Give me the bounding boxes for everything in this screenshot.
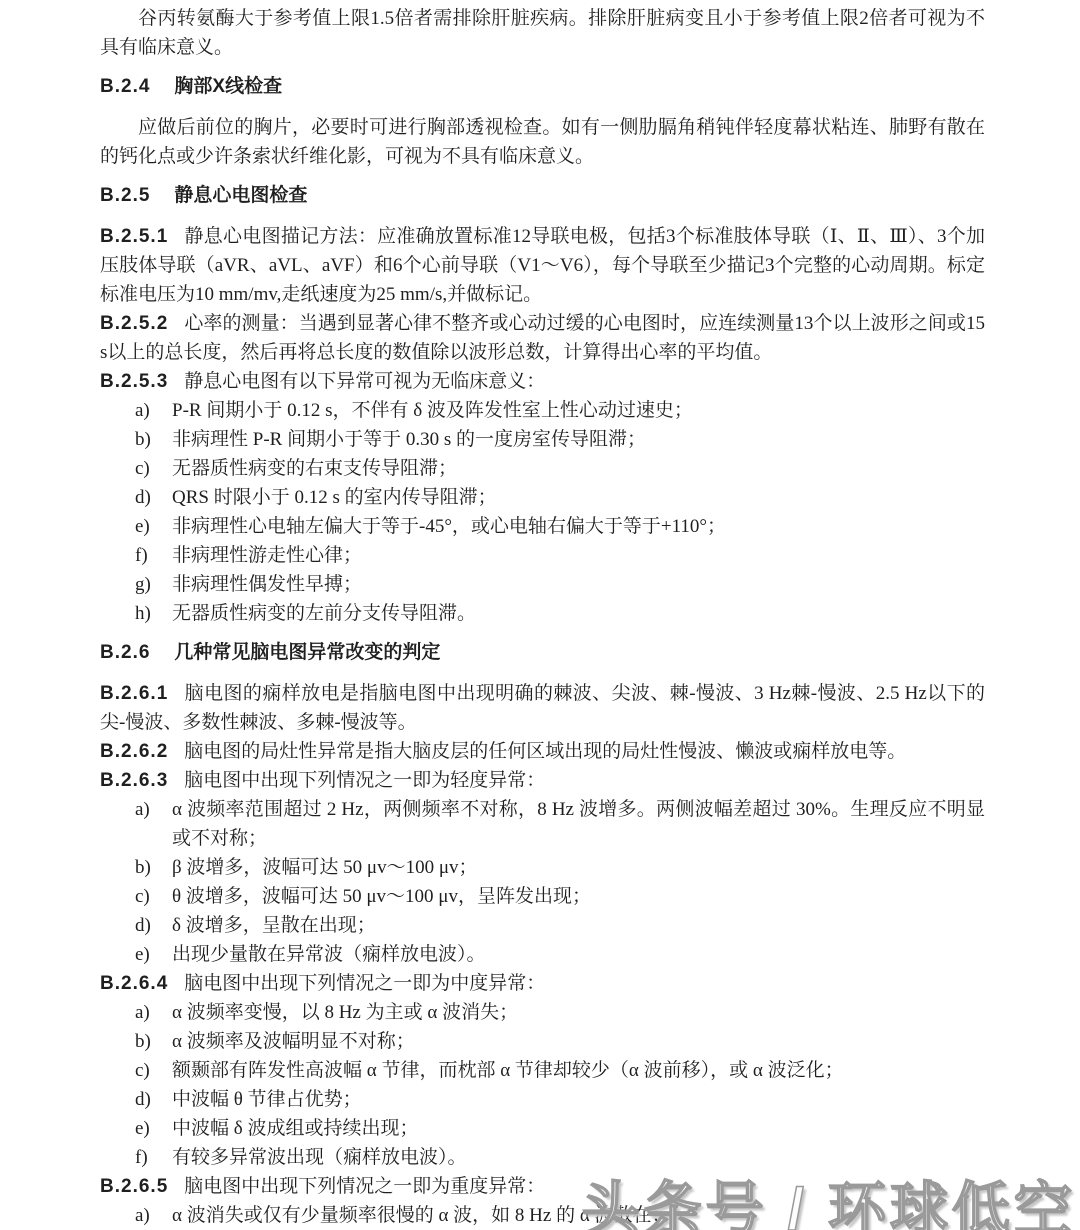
list-item-label: a) <box>135 1201 150 1230</box>
document-page: 谷丙转氨酶大于参考值上限1.5倍者需排除肝脏疾病。排除肝脏病变且小于参考值上限2… <box>0 0 1080 1230</box>
list-item-text: QRS 时限小于 0.12 s 的室内传导阻滞； <box>172 487 497 508</box>
list-item: a)α 波消失或仅有少量频率很慢的 α 波，如 8 Hz 的 α 波散在； <box>100 1201 985 1230</box>
list-item: a)P-R 间期小于 0.12 s，不伴有 δ 波及阵发性室上性心动过速史； <box>100 396 985 425</box>
section-number: B.2.4 <box>100 76 150 97</box>
list-item: c)额颞部有阵发性高波幅 α 节律，而枕部 α 节律却较少（α 波前移），或 α… <box>100 1056 985 1085</box>
list-item: e)非病理性心电轴左偏大于等于-45°，或心电轴右偏大于等于+110°； <box>100 512 985 541</box>
list-item-label: e) <box>135 512 150 541</box>
list-item-label: g) <box>135 570 151 599</box>
list-item: a)α 波频率范围超过 2 Hz，两侧频率不对称，8 Hz 波增多。两侧波幅差超… <box>100 795 985 853</box>
list-item-text: 无器质性病变的左前分支传导阻滞。 <box>172 603 476 624</box>
list-item-text: α 波频率及波幅明显不对称； <box>172 1031 415 1052</box>
section-heading: B.2.4胸部X线检查 <box>100 72 985 101</box>
clause-number: B.2.6.5 <box>100 1176 168 1197</box>
section-number: B.2.6 <box>100 642 150 663</box>
list-item-text: P-R 间期小于 0.12 s，不伴有 δ 波及阵发性室上性心动过速史； <box>172 400 693 421</box>
clause-b-2-5-1: B.2.5.1静息心电图描记方法：应准确放置标准12导联电极，包括3个标准肢体导… <box>100 222 985 309</box>
clause-b-2-6-4: B.2.6.4脑电图中出现下列情况之一即为中度异常： <box>100 969 985 998</box>
list-item-text: β 波增多，波幅可达 50 μv～100 μv； <box>172 857 478 878</box>
list-item: f)有较多异常波出现（痫样放电波）。 <box>100 1143 985 1172</box>
list-item-text: α 波频率范围超过 2 Hz，两侧频率不对称，8 Hz 波增多。两侧波幅差超过 … <box>172 799 985 849</box>
clause-text: 静息心电图有以下异常可视为无临床意义： <box>184 371 545 392</box>
clause-b-2-6-3: B.2.6.3脑电图中出现下列情况之一即为轻度异常： <box>100 766 985 795</box>
list-item-label: f) <box>135 1143 148 1172</box>
list-item-text: α 波频率变慢，以 8 Hz 为主或 α 波消失； <box>172 1002 518 1023</box>
list-item-label: b) <box>135 425 151 454</box>
section-heading: B.2.6几种常见脑电图异常改变的判定 <box>100 638 985 667</box>
clause-number: B.2.6.1 <box>100 683 168 704</box>
list-item-text: 中波幅 θ 节律占优势； <box>172 1089 362 1110</box>
list-item: b)非病理性 P-R 间期小于等于 0.30 s 的一度房室传导阻滞； <box>100 425 985 454</box>
section-title: 静息心电图检查 <box>174 185 307 206</box>
list-item-text: 非病理性 P-R 间期小于等于 0.30 s 的一度房室传导阻滞； <box>172 429 646 450</box>
clause-b-2-6-2: B.2.6.2脑电图的局灶性异常是指大脑皮层的任何区域出现的局灶性慢波、懒波或痫… <box>100 737 985 766</box>
list-item-text: 中波幅 δ 波成组或持续出现； <box>172 1118 418 1139</box>
clause-b-2-6-1: B.2.6.1脑电图的痫样放电是指脑电图中出现明确的棘波、尖波、棘-慢波、3 H… <box>100 679 985 737</box>
clause-text: 脑电图的局灶性异常是指大脑皮层的任何区域出现的局灶性慢波、懒波或痫样放电等。 <box>184 741 906 762</box>
list-item-text: 有较多异常波出现（痫样放电波）。 <box>172 1147 467 1168</box>
item-list: a)P-R 间期小于 0.12 s，不伴有 δ 波及阵发性室上性心动过速史；b)… <box>100 396 985 628</box>
list-item: h)无器质性病变的左前分支传导阻滞。 <box>100 599 985 628</box>
clause-b-2-5-3: B.2.5.3静息心电图有以下异常可视为无临床意义： <box>100 367 985 396</box>
list-item-label: c) <box>135 1056 150 1085</box>
list-item-label: a) <box>135 795 150 824</box>
list-item: c)θ 波增多，波幅可达 50 μv～100 μv，呈阵发出现； <box>100 882 985 911</box>
clause-number: B.2.5.1 <box>100 226 168 247</box>
list-item-label: a) <box>135 396 150 425</box>
list-item-label: d) <box>135 483 151 512</box>
clause-b-2-6-5: B.2.6.5脑电图中出现下列情况之一即为重度异常： <box>100 1172 985 1201</box>
list-item: g)非病理性偶发性早搏； <box>100 570 985 599</box>
list-item: c)无器质性病变的右束支传导阻滞； <box>100 454 985 483</box>
clause-text: 脑电图的痫样放电是指脑电图中出现明确的棘波、尖波、棘-慢波、3 Hz棘-慢波、2… <box>100 683 985 733</box>
list-item: b)α 波频率及波幅明显不对称； <box>100 1027 985 1056</box>
list-item: d)QRS 时限小于 0.12 s 的室内传导阻滞； <box>100 483 985 512</box>
item-list: a)α 波频率范围超过 2 Hz，两侧频率不对称，8 Hz 波增多。两侧波幅差超… <box>100 795 985 969</box>
list-item-label: d) <box>135 1085 151 1114</box>
section-number: B.2.5 <box>100 185 150 206</box>
clause-text: 心率的测量：当遇到显著心律不整齐或心动过缓的心电图时，应连续测量13个以上波形之… <box>100 313 985 363</box>
list-item-label: b) <box>135 1027 151 1056</box>
clause-text: 脑电图中出现下列情况之一即为轻度异常： <box>184 770 545 791</box>
list-item-text: α 波消失或仅有少量频率很慢的 α 波，如 8 Hz 的 α 波散在； <box>172 1205 671 1226</box>
clause-b-2-5-2: B.2.5.2心率的测量：当遇到显著心律不整齐或心动过缓的心电图时，应连续测量1… <box>100 309 985 367</box>
list-item: e)出现少量散在异常波（痫样放电波）。 <box>100 940 985 969</box>
list-item-text: 非病理性偶发性早搏； <box>172 574 362 595</box>
list-item-label: e) <box>135 940 150 969</box>
list-item: b)β 波增多，波幅可达 50 μv～100 μv； <box>100 853 985 882</box>
list-item-label: f) <box>135 541 148 570</box>
list-item: d)中波幅 θ 节律占优势； <box>100 1085 985 1114</box>
list-item-text: 出现少量散在异常波（痫样放电波）。 <box>172 944 486 965</box>
list-item-text: θ 波增多，波幅可达 50 μv～100 μv，呈阵发出现； <box>172 886 591 907</box>
section-title: 胸部X线检查 <box>174 76 282 97</box>
list-item-label: c) <box>135 882 150 911</box>
list-item: e)中波幅 δ 波成组或持续出现； <box>100 1114 985 1143</box>
document-content: 谷丙转氨酶大于参考值上限1.5倍者需排除肝脏疾病。排除肝脏病变且小于参考值上限2… <box>100 4 985 1230</box>
list-item-label: e) <box>135 1114 150 1143</box>
clause-text: 静息心电图描记方法：应准确放置标准12导联电极，包括3个标准肢体导联（Ⅰ、Ⅱ、Ⅲ… <box>100 226 985 305</box>
clause-text: 脑电图中出现下列情况之一即为重度异常： <box>184 1176 545 1197</box>
list-item: f)非病理性游走性心律； <box>100 541 985 570</box>
clause-text: 脑电图中出现下列情况之一即为中度异常： <box>184 973 545 994</box>
item-list: a)α 波频率变慢，以 8 Hz 为主或 α 波消失；b)α 波频率及波幅明显不… <box>100 998 985 1172</box>
clause-number: B.2.5.3 <box>100 371 168 392</box>
clause-number: B.2.6.3 <box>100 770 168 791</box>
clause-number: B.2.6.4 <box>100 973 168 994</box>
section-title: 几种常见脑电图异常改变的判定 <box>174 642 440 663</box>
list-item-text: 非病理性心电轴左偏大于等于-45°，或心电轴右偏大于等于+110°； <box>172 516 726 537</box>
paragraph: 谷丙转氨酶大于参考值上限1.5倍者需排除肝脏疾病。排除肝脏病变且小于参考值上限2… <box>100 4 985 62</box>
item-list: a)α 波消失或仅有少量频率很慢的 α 波，如 8 Hz 的 α 波散在； <box>100 1201 985 1230</box>
section-heading: B.2.5静息心电图检查 <box>100 181 985 210</box>
list-item-text: 非病理性游走性心律； <box>172 545 362 566</box>
list-item: a)α 波频率变慢，以 8 Hz 为主或 α 波消失； <box>100 998 985 1027</box>
list-item-text: δ 波增多，呈散在出现； <box>172 915 376 936</box>
list-item-label: c) <box>135 454 150 483</box>
list-item-label: d) <box>135 911 151 940</box>
clause-number: B.2.5.2 <box>100 313 168 334</box>
list-item-label: b) <box>135 853 151 882</box>
list-item: d)δ 波增多，呈散在出现； <box>100 911 985 940</box>
list-item-label: h) <box>135 599 151 628</box>
list-item-text: 额颞部有阵发性高波幅 α 节律，而枕部 α 节律却较少（α 波前移），或 α 波… <box>172 1060 844 1081</box>
list-item-text: 无器质性病变的右束支传导阻滞； <box>172 458 457 479</box>
list-item-label: a) <box>135 998 150 1027</box>
paragraph: 应做后前位的胸片，必要时可进行胸部透视检查。如有一侧肋膈角稍钝伴轻度幕状粘连、肺… <box>100 113 985 171</box>
clause-number: B.2.6.2 <box>100 741 168 762</box>
